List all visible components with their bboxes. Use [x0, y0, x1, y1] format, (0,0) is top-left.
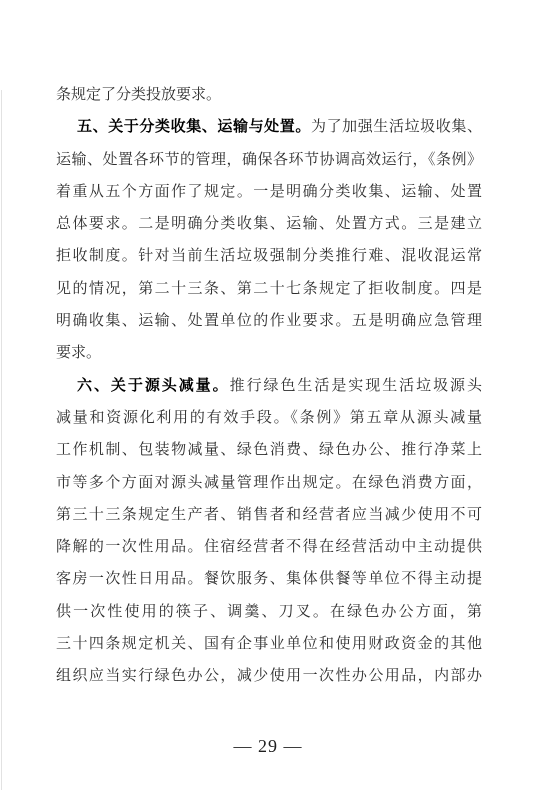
text-line: 条规定了分类投放要求。 — [56, 79, 482, 111]
scan-edge-artifact — [1, 90, 2, 790]
section-heading-6: 六、关于源头减量。 — [77, 377, 230, 394]
text-line: 工作机制、包装物减量、绿色消费、绿色办公、推行净菜上 — [56, 434, 482, 466]
document-text: 条规定了分类投放要求。 五、关于分类收集、运输与处置。为了加强生活垃圾收集、 运… — [56, 79, 482, 693]
text-line: 三十四条规定机关、国有企事业单位和使用财政资金的其他 — [56, 628, 482, 660]
text-line: 运输、处置各环节的管理，确保各环节协调高效运行，《条例》 — [56, 144, 482, 176]
text-line: 着重从五个方面作了规定。一是明确分类收集、运输、处置 — [56, 176, 482, 208]
document-page: 条规定了分类投放要求。 五、关于分类收集、运输与处置。为了加强生活垃圾收集、 运… — [0, 0, 536, 793]
line-text: 为了加强生活垃圾收集、 — [311, 119, 482, 135]
text-line: 减量和资源化利用的有效手段。《条例》第五章从源头减量 — [56, 402, 482, 434]
text-line: 五、关于分类收集、运输与处置。为了加强生活垃圾收集、 — [56, 111, 482, 143]
text-line: 组织应当实行绿色办公，减少使用一次性办公用品，内部办 — [56, 660, 482, 692]
text-line: 市等多个方面对源头减量管理作出规定。在绿色消费方面， — [56, 467, 482, 499]
text-line: 客房一次性日用品。餐饮服务、集体供餐等单位不得主动提 — [56, 563, 482, 595]
text-line: 供一次性使用的筷子、调羹、刀叉。在绿色办公方面，第 — [56, 596, 482, 628]
page-number: — 29 — — [0, 736, 536, 757]
text-line: 要求。 — [56, 337, 482, 369]
text-line: 拒收制度。针对当前生活垃圾强制分类推行难、混收混运常 — [56, 240, 482, 272]
text-line: 第三十三条规定生产者、销售者和经营者应当减少使用不可 — [56, 499, 482, 531]
text-line: 六、关于源头减量。推行绿色生活是实现生活垃圾源头 — [56, 370, 482, 402]
section-heading-5: 五、关于分类收集、运输与处置。 — [77, 118, 311, 135]
line-text: 推行绿色生活是实现生活垃圾源头 — [230, 378, 482, 394]
text-line: 降解的一次性用品。住宿经营者不得在经营活动中主动提供 — [56, 531, 482, 563]
text-line: 总体要求。二是明确分类收集、运输、处置方式。三是建立 — [56, 208, 482, 240]
text-line: 明确收集、运输、处置单位的作业要求。五是明确应急管理 — [56, 305, 482, 337]
text-line: 见的情况，第二十三条、第二十七条规定了拒收制度。四是 — [56, 273, 482, 305]
